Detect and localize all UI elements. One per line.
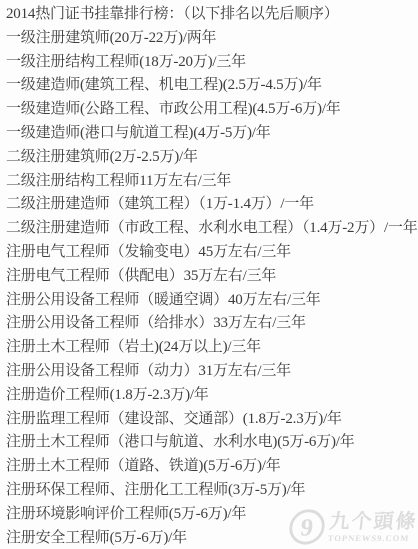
- list-item: 注册土木工程师（港口与航道、水利水电)(5万-6万)/年: [6, 431, 418, 455]
- watermark-site: TOPNEWS9.COM: [327, 533, 410, 543]
- list-item: 一级注册结构工程师(18万-20万)/三年: [6, 51, 418, 75]
- list-item: 注册造价工程师(1.8万-2.3万)/年: [6, 384, 418, 408]
- list-item: 一级建造师(建筑工程、机电工程)(2.5万-4.5万)/年: [6, 74, 418, 98]
- list-item: 二级注册结构工程师11万左右/三年: [6, 170, 418, 194]
- list-item: 一级建造师(公路工程、市政公用工程)(4.5万-6万)/年: [6, 98, 418, 122]
- list-item: 注册电气工程师（供配电）35万左右/三年: [6, 265, 418, 289]
- list-item: 注册土木工程师（道路、铁道)(5万-6万)/年: [6, 455, 418, 479]
- list-item: 注册环保工程师、注册化工工程师(3万-5万)/年: [6, 479, 418, 503]
- topnews9-logo-icon: 9: [286, 508, 328, 546]
- list-item: 注册土木工程师（岩土)(24万以上)/三年: [6, 336, 418, 360]
- list-item: 注册公用设备工程师（动力）31万左右/三年: [6, 360, 418, 384]
- page-title: 2014热门证书挂靠排行榜：（以下排名以先后顺序）: [6, 3, 418, 27]
- list-item: 二级注册建筑师(2万-2.5万)/年: [6, 146, 418, 170]
- list-item: 注册公用设备工程师（暖通空调）40万左右/三年: [6, 289, 418, 313]
- list-item: 注册公用设备工程师（给排水）33万左右/三年: [6, 312, 418, 336]
- watermark: 9 九个頭條 TOPNEWS9.COM: [286, 508, 418, 546]
- watermark-brand: 九个頭條: [328, 511, 418, 533]
- watermark-text: 九个頭條 TOPNEWS9.COM: [327, 511, 418, 543]
- list-item: 注册监理工程师（建设部、交通部）(1.8万-2.3万)/年: [6, 408, 418, 432]
- list-item: 一级建造师(港口与航道工程)(4万-5万)/年: [6, 122, 418, 146]
- logo-nine-glyph: 9: [299, 515, 314, 542]
- cert-ranking-list: 2014热门证书挂靠排行榜：（以下排名以先后顺序） 一级注册建筑师(20万-22…: [0, 0, 418, 549]
- list-item: 二级注册建造师（市政工程、水利水电工程）（1.4万-2万）/一年: [6, 217, 418, 241]
- list-item: 二级注册建造师（建筑工程）（1万-1.4万）/一年: [6, 193, 418, 217]
- list-item: 一级注册建筑师(20万-22万)/两年: [6, 27, 418, 51]
- list-item: 注册电气工程师（发输变电）45万左右/三年: [6, 241, 418, 265]
